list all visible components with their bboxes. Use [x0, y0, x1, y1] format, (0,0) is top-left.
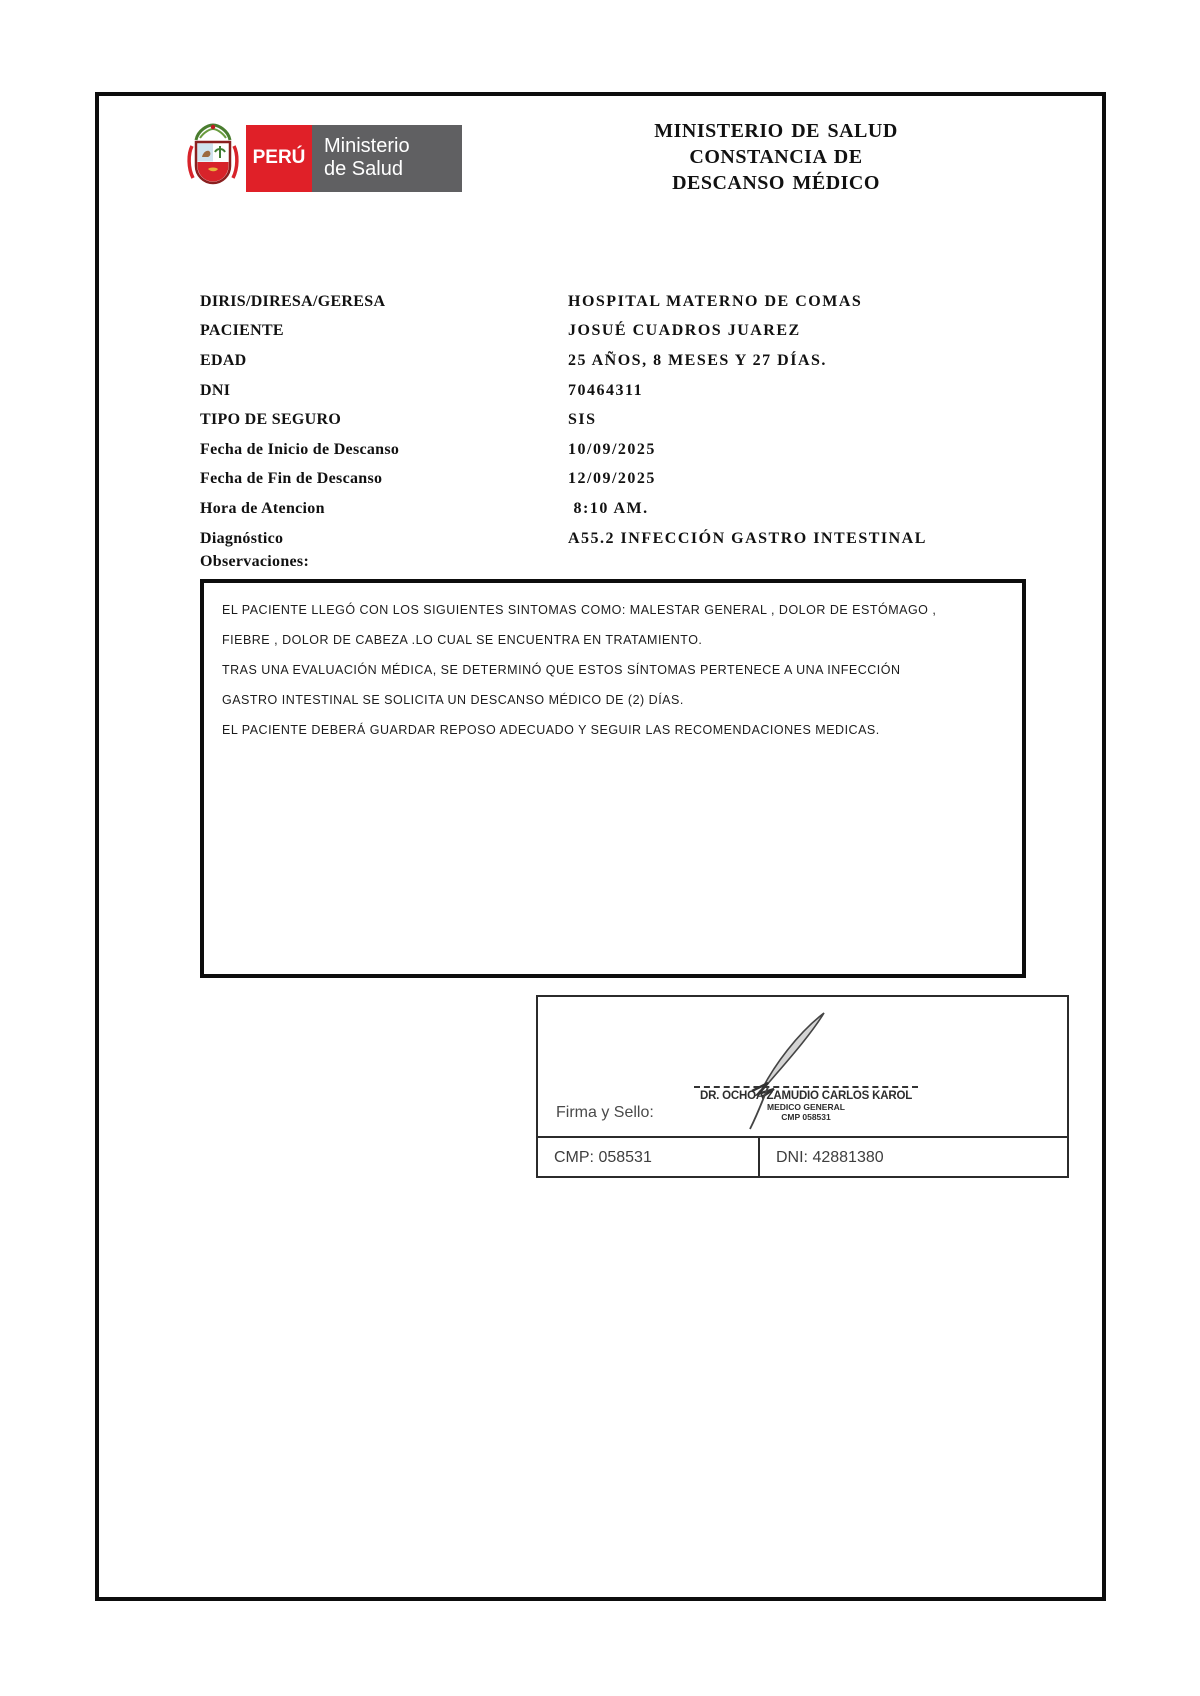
ministry-line1: Ministerio [324, 135, 462, 158]
field-label: DIRIS/DIRESA/GERESA [200, 293, 568, 311]
signature-area: Firma y Sello: DR. OCHOA ZAMUDIO CARLOS … [538, 997, 1067, 1138]
patient-fields: DIRIS/DIRESA/GERESA HOSPITAL MATERNO DE … [200, 287, 1050, 553]
field-row-edad: EDAD 25 AÑOS, 8 MESES Y 27 DÍAS. [200, 346, 1050, 376]
field-row-fecha-fin: Fecha de Fin de Descanso 12/09/2025 [200, 465, 1050, 495]
title-line-2: CONSTANCIA DE [566, 144, 986, 170]
peru-coat-of-arms-icon [184, 122, 242, 194]
field-value: 12/09/2025 [568, 470, 656, 488]
field-value: 10/09/2025 [568, 441, 656, 459]
field-value: 70464311 [568, 382, 643, 400]
title-line-3: DESCANSO MÉDICO [566, 170, 986, 196]
field-label: Diagnóstico [200, 530, 568, 548]
document-title: MINISTERIO DE SALUD CONSTANCIA DE DESCAN… [566, 118, 986, 196]
observation-line: FIEBRE , DOLOR DE CABEZA .LO CUAL SE ENC… [222, 625, 1004, 655]
ministry-wordmark: Ministerio de Salud [312, 125, 462, 192]
field-value: A55.2 INFECCIÓN GASTRO INTESTINAL [568, 530, 927, 548]
cmp-cell: CMP: 058531 [538, 1138, 760, 1178]
field-row-diris: DIRIS/DIRESA/GERESA HOSPITAL MATERNO DE … [200, 287, 1050, 317]
field-value: JOSUÉ CUADROS JUAREZ [568, 322, 801, 340]
observations-box: EL PACIENTE LLEGÓ CON LOS SIGUIENTES SIN… [200, 579, 1026, 978]
observation-line: EL PACIENTE DEBERÁ GUARDAR REPOSO ADECUA… [222, 715, 1004, 745]
field-label: EDAD [200, 352, 568, 370]
signature-footer-row: CMP: 058531 DNI: 42881380 [538, 1138, 1067, 1178]
field-row-hora: Hora de Atencion 8:10 AM. [200, 494, 1050, 524]
firma-y-sello-label: Firma y Sello: [556, 1104, 654, 1122]
observation-line: EL PACIENTE LLEGÓ CON LOS SIGUIENTES SIN… [222, 595, 1004, 625]
field-value: SIS [568, 411, 597, 429]
title-line-1: MINISTERIO DE SALUD [566, 118, 986, 144]
field-label: DNI [200, 382, 568, 400]
peru-label: PERÚ [253, 147, 306, 169]
signature-box: Firma y Sello: DR. OCHOA ZAMUDIO CARLOS … [536, 995, 1069, 1178]
observation-line: TRAS UNA EVALUACIÓN MÉDICA, SE DETERMINÓ… [222, 655, 1004, 685]
medical-certificate-page: PERÚ Ministerio de Salud MINISTERIO DE S… [0, 0, 1200, 1696]
field-label: TIPO DE SEGURO [200, 411, 568, 429]
field-value: 8:10 AM. [568, 500, 649, 518]
field-row-fecha-inicio: Fecha de Inicio de Descanso 10/09/2025 [200, 435, 1050, 465]
field-row-dni: DNI 70464311 [200, 376, 1050, 406]
field-label: Hora de Atencion [200, 500, 568, 518]
field-label: PACIENTE [200, 322, 568, 340]
doctor-signature-icon [728, 1007, 868, 1132]
ministry-line2: de Salud [324, 158, 462, 181]
field-label: Fecha de Fin de Descanso [200, 470, 568, 488]
field-label: Fecha de Inicio de Descanso [200, 441, 568, 459]
observations-label: Observaciones: [200, 553, 309, 571]
field-row-diagnostico: Diagnóstico A55.2 INFECCIÓN GASTRO INTES… [200, 524, 1050, 554]
field-row-paciente: PACIENTE JOSUÉ CUADROS JUAREZ [200, 317, 1050, 347]
field-value: HOSPITAL MATERNO DE COMAS [568, 293, 862, 311]
field-value: 25 AÑOS, 8 MESES Y 27 DÍAS. [568, 352, 827, 370]
peru-wordmark: PERÚ [246, 125, 312, 192]
minsa-logo: PERÚ Ministerio de Salud [184, 124, 462, 192]
observation-line: GASTRO INTESTINAL SE SOLICITA UN DESCANS… [222, 685, 1004, 715]
dni-cell: DNI: 42881380 [760, 1138, 1067, 1178]
field-row-seguro: TIPO DE SEGURO SIS [200, 405, 1050, 435]
